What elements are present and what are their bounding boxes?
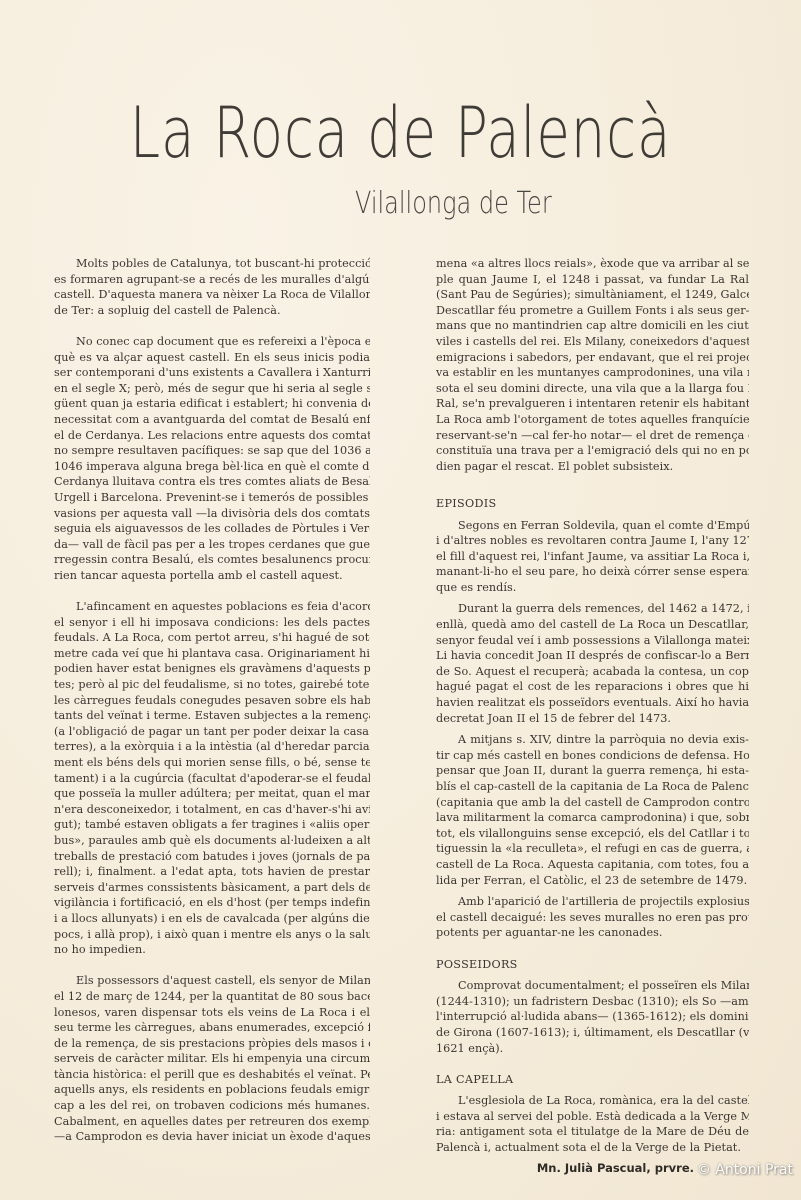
text-line: lida per Ferran, el Catòlic, el 23 de se… — [436, 873, 749, 889]
text-line: no sempre resultaven pacífiques: se sap … — [54, 443, 370, 459]
text-line: rregessin contra Besalú, els comtes besa… — [54, 552, 370, 568]
section-heading: LA CAPELLA — [436, 1072, 749, 1088]
text-line: terres), a la exòrquia i a la intèstia (… — [54, 739, 370, 755]
text-line: emigracions i sabedors, per endavant, qu… — [436, 350, 749, 366]
text-line: (1244-1310); un fadristern Desbac (1310)… — [436, 994, 749, 1010]
text-line: Ral, se'n prevalgueren i intentaren rete… — [436, 396, 749, 412]
paragraph: Comprovat documentalment; el posseïren e… — [436, 978, 749, 1056]
text-line: serveis d'armes conssistents bàsicament,… — [54, 880, 370, 896]
text-line: feudals. A La Roca, com pertot arreu, s'… — [54, 630, 370, 646]
spacer — [54, 318, 370, 334]
spacer — [436, 941, 749, 957]
text-line: necessitat com a avantguarda del comtat … — [54, 412, 370, 428]
text-line: podien haver estat benignes els gravàmen… — [54, 661, 370, 677]
text-line: reservant-se'n —cal fer-ho notar— el dre… — [436, 428, 749, 444]
text-line: tament) i a la cugúrcia (facultat d'apod… — [54, 771, 370, 787]
text-line: lonesos, varen dispensar tots els veins … — [54, 1005, 370, 1021]
text-line: Durant la guerra dels remences, del 1462… — [436, 601, 749, 617]
article-title: La Roca de Palencà — [88, 92, 713, 174]
text-line: Cerdanya lluitava contra els tres comtes… — [54, 474, 370, 490]
text-line: mans que no mantindrien cap altre domici… — [436, 318, 749, 334]
spacer — [436, 474, 749, 490]
text-line: A mitjans s. XIV, dintre la parròquia no… — [436, 732, 749, 748]
paragraph: mena «a altres llocs reials», èxode que … — [436, 256, 749, 474]
text-line: rell); i, finalment. a l'edat apta, tots… — [54, 864, 370, 880]
spacer — [54, 583, 370, 599]
text-line: Comprovat documentalment; el posseïren e… — [436, 978, 749, 994]
text-line: L'esglesiola de La Roca, romànica, era l… — [436, 1093, 749, 1109]
text-line: que posseïa la muller adúltera; per meit… — [54, 786, 370, 802]
text-line: havien realitzat els posseïdors eventual… — [436, 695, 749, 711]
text-line: pocs, i allà prop), i això quan i mentre… — [54, 927, 370, 943]
text-line: tes; però al pic del feudalisme, si no t… — [54, 677, 370, 693]
text-line: que es rendís. — [436, 580, 749, 596]
text-line: n'era desconeixedor, i totalment, en cas… — [54, 802, 370, 818]
section-heading: POSSEIDORS — [436, 957, 749, 973]
text-line: seguia els aiguavessos de les collades d… — [54, 521, 370, 537]
left-column: Molts pobles de Catalunya, tot buscant-h… — [54, 256, 370, 1145]
text-line: 1621 ençà). — [436, 1041, 749, 1057]
paragraph: Molts pobles de Catalunya, tot buscant-h… — [54, 256, 370, 318]
text-line: vigilància i fortificació, en els d'host… — [54, 895, 370, 911]
text-line: L'afincament en aquestes poblacions es f… — [54, 599, 370, 615]
text-line: tància històrica: el perill que es desha… — [54, 1067, 370, 1083]
text-line: el fill d'aquest rei, l'infant Jaume, va… — [436, 549, 749, 565]
text-line: vasions per aquesta vall —la divisòria d… — [54, 506, 370, 522]
text-line: de la remença, de sis prestacions pròpie… — [54, 1036, 370, 1052]
text-line: castell de La Roca. Aquesta capitania, c… — [436, 857, 749, 873]
paragraph: No conec cap document que es refereixi a… — [54, 334, 370, 584]
text-line: cap a les del rei, on trobaven codicions… — [54, 1098, 370, 1114]
text-line: Palencà i, actualment sota el de la Verg… — [436, 1140, 749, 1156]
text-line: lava militarment la comarca camprodonina… — [436, 810, 749, 826]
text-line: el 12 de març de 1244, per la quantitat … — [54, 989, 370, 1005]
text-line: rien tancar aquesta portella amb el cast… — [54, 568, 370, 584]
spacer — [54, 958, 370, 974]
text-line: ple quan Jaume I, el 1248 i passat, va f… — [436, 272, 749, 288]
text-line: Amb l'aparició de l'artilleria de projec… — [436, 894, 749, 910]
text-line: de Girona (1607-1613); i, últimament, el… — [436, 1025, 749, 1041]
right-column: mena «a altres llocs reials», èxode que … — [436, 256, 749, 1176]
text-line: (capitania que amb la del castell de Cam… — [436, 795, 749, 811]
text-line: —a Camprodon es devia haver iniciat un è… — [54, 1129, 370, 1145]
text-line: viles i castells del rei. Els Milany, co… — [436, 334, 749, 350]
paragraph: Amb l'aparició de l'artilleria de projec… — [436, 894, 749, 941]
text-line: metre cada veí que hi plantava casa. Ori… — [54, 646, 370, 662]
text-line: pensar que Joan II, durant la guerra rem… — [436, 763, 749, 779]
text-line: Descatllar féu prometre a Guillem Fonts … — [436, 303, 749, 319]
paragraph: L'afincament en aquestes poblacions es f… — [54, 599, 370, 958]
text-line: i a llocs allunyats) i en els de cavalca… — [54, 911, 370, 927]
text-line: constituïa una trava per a l'emigració d… — [436, 443, 749, 459]
text-line: les càrregues feudals conegudes pesaven … — [54, 693, 370, 709]
text-line: en el segle X; però, més de segur que hi… — [54, 381, 370, 397]
text-line: què es va alçar aquest castell. En els s… — [54, 350, 370, 366]
text-line: Els possessors d'aquest castell, els sen… — [54, 973, 370, 989]
text-line: ser contemporani d'uns existents a Caval… — [54, 365, 370, 381]
text-line: dien pagar el rescat. El poblet subsiste… — [436, 459, 749, 475]
text-line: No conec cap document que es refereixi a… — [54, 334, 370, 350]
text-line: seu terme les càrregues, abans enumerade… — [54, 1020, 370, 1036]
text-line: Li havia concedit Joan II després de con… — [436, 648, 749, 664]
paragraph: Els possessors d'aquest castell, els sen… — [54, 973, 370, 1145]
spacer — [436, 1056, 749, 1072]
text-line: manant-li-ho el seu pare, ho deixà córre… — [436, 564, 749, 580]
text-line: serveis de caràcter militar. Els hi empe… — [54, 1051, 370, 1067]
text-line: i estava al servei del poble. Està dedic… — [436, 1109, 749, 1125]
text-line: hagué pagat el cost de les reparacions i… — [436, 679, 749, 695]
text-line: 1046 imperava alguna brega bèl·lica en q… — [54, 459, 370, 475]
article-subtitle: Vilallonga de Ter — [93, 186, 734, 221]
text-line: da— vall de fàcil pas per a les tropes c… — [54, 537, 370, 553]
text-line: güent quan ja estaria edificat i estable… — [54, 396, 370, 412]
text-line: el de Cerdanya. Les relacions entre aque… — [54, 428, 370, 444]
text-line: blís el cap-castell de la capitania de L… — [436, 779, 749, 795]
text-line: va establir en les muntanyes camprodonin… — [436, 365, 749, 381]
text-line: tiguessin la «la reculleta», el refugi e… — [436, 841, 749, 857]
text-line: el senyor i ell hi imposava condicions: … — [54, 615, 370, 631]
section-heading: EPISODIS — [436, 496, 749, 512]
text-line: mena «a altres llocs reials», èxode que … — [436, 256, 749, 272]
text-line: decretat Joan II el 15 de febrer del 147… — [436, 711, 749, 727]
text-line: gut); també estaven obligats a fer tragi… — [54, 817, 370, 833]
text-line: (Sant Pau de Segúries); simultàniament, … — [436, 287, 749, 303]
text-line: de Ter: a sopluig del castell de Palencà… — [54, 303, 370, 319]
text-line: treballs de prestació com batudes i jove… — [54, 849, 370, 865]
paragraph: Durant la guerra dels remences, del 1462… — [436, 601, 749, 726]
text-line: l'interrupció al·ludida abans— (1365-161… — [436, 1009, 749, 1025]
text-line: de So. Aquest el recuperà; acabada la co… — [436, 664, 749, 680]
text-line: Molts pobles de Catalunya, tot buscant-h… — [54, 256, 370, 272]
text-line: tants del veïnat i terme. Estaven subjec… — [54, 708, 370, 724]
text-line: ria: antigament sota el titulatge de la … — [436, 1124, 749, 1140]
text-line: Cabalment, en aquelles dates per retreur… — [54, 1114, 370, 1130]
paragraph: L'esglesiola de La Roca, romànica, era l… — [436, 1093, 749, 1155]
text-line: no ho impedien. — [54, 942, 370, 958]
text-line: tot, els vilallonguins sense excepció, e… — [436, 826, 749, 842]
text-line: sota el seu domini directe, una vila que… — [436, 381, 749, 397]
text-line: Urgell i Barcelona. Prevenint-se i temer… — [54, 490, 370, 506]
text-line: La Roca amb l'otorgament de totes aquell… — [436, 412, 749, 428]
text-line: el castell decaigué: les seves muralles … — [436, 910, 749, 926]
text-line: i d'altres nobles es revoltaren contra J… — [436, 533, 749, 549]
text-line: aquells anys, els residents en poblacion… — [54, 1082, 370, 1098]
paragraph: Segons en Ferran Soldevila, quan el comt… — [436, 518, 749, 596]
text-line: enllà, quedà amo del castell de La Roca … — [436, 617, 749, 633]
paragraph: A mitjans s. XIV, dintre la parròquia no… — [436, 732, 749, 888]
text-line: Segons en Ferran Soldevila, quan el comt… — [436, 518, 749, 534]
text-line: bus», paraules amb què els documents al·… — [54, 833, 370, 849]
text-line: ment els béns dels qui morien sense fill… — [54, 755, 370, 771]
text-line: es formaren agrupant-se a recés de les m… — [54, 272, 370, 288]
text-line: potents per aguantar-ne les canonades. — [436, 925, 749, 941]
text-line: tir cap més castell en bones condicions … — [436, 748, 749, 764]
text-line: senyor feudal veí i amb possessions a Vi… — [436, 633, 749, 649]
text-line: (a l'obligació de pagar un tant per pode… — [54, 724, 370, 740]
copyright-watermark: © Antoni Prat — [697, 1162, 793, 1178]
text-line: castell. D'aquesta manera va nèixer La R… — [54, 287, 370, 303]
